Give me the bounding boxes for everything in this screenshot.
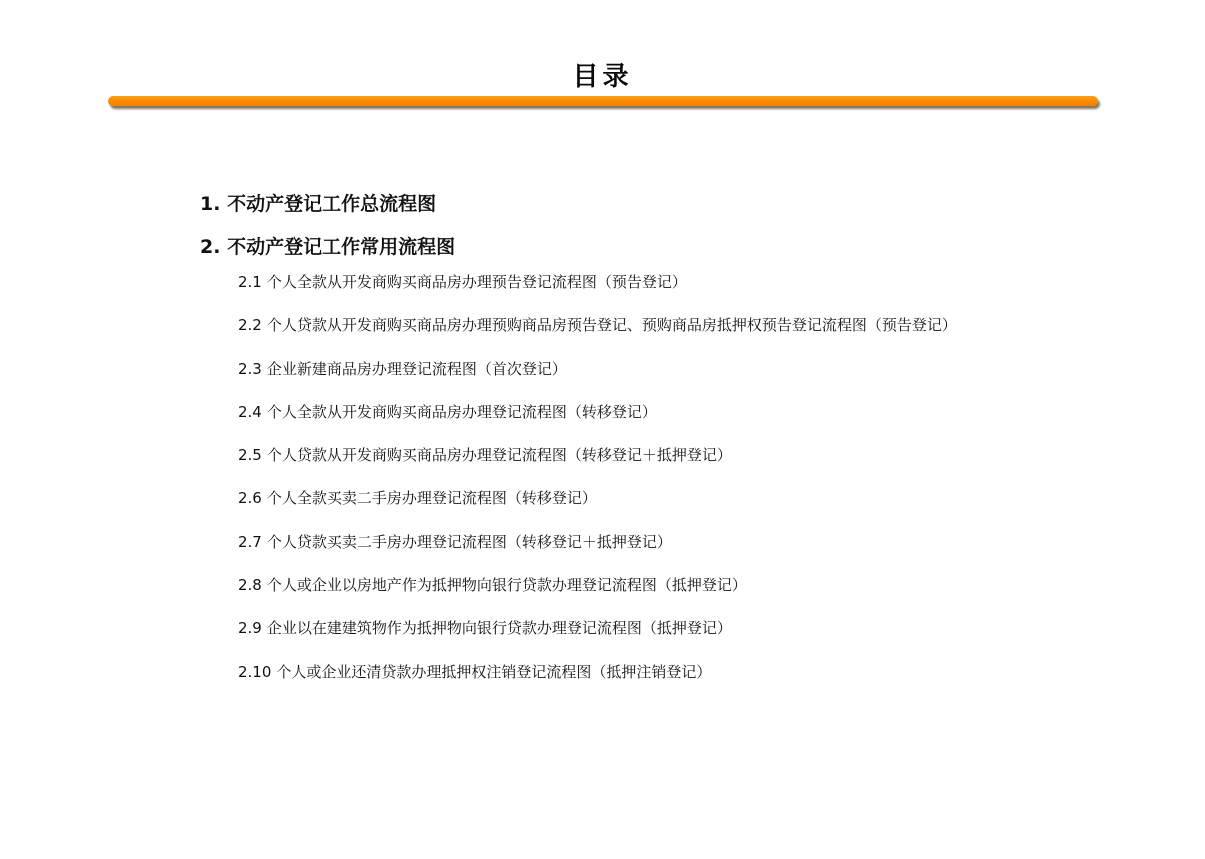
toc-section-2[interactable]: 2. 不动产登记工作常用流程图 xyxy=(200,235,957,259)
toc-item-2-5[interactable]: 2.5个人贷款从开发商购买商品房办理登记流程图（转移登记＋抵押登记） xyxy=(238,445,957,465)
page-title: 目录 xyxy=(0,56,1205,93)
toc-item-number: 2.7 xyxy=(238,533,262,551)
toc-item-2-4[interactable]: 2.4个人全款从开发商购买商品房办理登记流程图（转移登记） xyxy=(238,402,957,422)
toc-item-label: 个人全款买卖二手房办理登记流程图（转移登记） xyxy=(267,489,597,507)
toc-item-label: 个人或企业还清贷款办理抵押权注销登记流程图（抵押注销登记） xyxy=(276,663,711,681)
toc-item-number: 2.3 xyxy=(238,360,262,378)
toc-item-2-6[interactable]: 2.6个人全款买卖二手房办理登记流程图（转移登记） xyxy=(238,488,957,508)
toc-item-label: 企业新建商品房办理登记流程图（首次登记） xyxy=(267,360,567,378)
toc-item-number: 2.5 xyxy=(238,446,262,464)
title-underline-bar xyxy=(108,96,1098,106)
toc-item-2-2[interactable]: 2.2个人贷款从开发商购买商品房办理预购商品房预告登记、预购商品房抵押权预告登记… xyxy=(238,315,957,335)
toc-subsection-list: 2.1个人全款从开发商购买商品房办理预告登记流程图（预告登记） 2.2个人贷款从… xyxy=(238,272,957,682)
toc-item-label: 个人全款从开发商购买商品房办理登记流程图（转移登记） xyxy=(267,403,657,421)
toc-item-label: 个人贷款从开发商购买商品房办理登记流程图（转移登记＋抵押登记） xyxy=(267,446,732,464)
toc-item-number: 2.1 xyxy=(238,273,262,291)
toc-section-number: 2. xyxy=(200,236,220,258)
table-of-contents: 1. 不动产登记工作总流程图 2. 不动产登记工作常用流程图 2.1个人全款从开… xyxy=(200,192,957,705)
toc-section-number: 1. xyxy=(200,193,220,215)
toc-item-number: 2.9 xyxy=(238,619,262,637)
toc-item-2-1[interactable]: 2.1个人全款从开发商购买商品房办理预告登记流程图（预告登记） xyxy=(238,272,957,292)
toc-item-2-8[interactable]: 2.8个人或企业以房地产作为抵押物向银行贷款办理登记流程图（抵押登记） xyxy=(238,575,957,595)
toc-item-number: 2.8 xyxy=(238,576,262,594)
toc-item-number: 2.10 xyxy=(238,663,271,681)
toc-item-label: 个人贷款买卖二手房办理登记流程图（转移登记＋抵押登记） xyxy=(267,533,672,551)
toc-section-label: 不动产登记工作常用流程图 xyxy=(227,236,455,258)
toc-section-1[interactable]: 1. 不动产登记工作总流程图 xyxy=(200,192,957,216)
toc-item-2-9[interactable]: 2.9企业以在建建筑物作为抵押物向银行贷款办理登记流程图（抵押登记） xyxy=(238,618,957,638)
toc-item-label: 个人贷款从开发商购买商品房办理预购商品房预告登记、预购商品房抵押权预告登记流程图… xyxy=(267,316,957,334)
toc-item-label: 个人或企业以房地产作为抵押物向银行贷款办理登记流程图（抵押登记） xyxy=(267,576,747,594)
toc-item-label: 个人全款从开发商购买商品房办理预告登记流程图（预告登记） xyxy=(267,273,687,291)
toc-item-number: 2.4 xyxy=(238,403,262,421)
toc-item-2-3[interactable]: 2.3企业新建商品房办理登记流程图（首次登记） xyxy=(238,359,957,379)
toc-item-number: 2.6 xyxy=(238,489,262,507)
toc-item-number: 2.2 xyxy=(238,316,262,334)
toc-item-label: 企业以在建建筑物作为抵押物向银行贷款办理登记流程图（抵押登记） xyxy=(267,619,732,637)
toc-item-2-7[interactable]: 2.7个人贷款买卖二手房办理登记流程图（转移登记＋抵押登记） xyxy=(238,532,957,552)
toc-section-label: 不动产登记工作总流程图 xyxy=(227,193,436,215)
toc-item-2-10[interactable]: 2.10个人或企业还清贷款办理抵押权注销登记流程图（抵押注销登记） xyxy=(238,662,957,682)
